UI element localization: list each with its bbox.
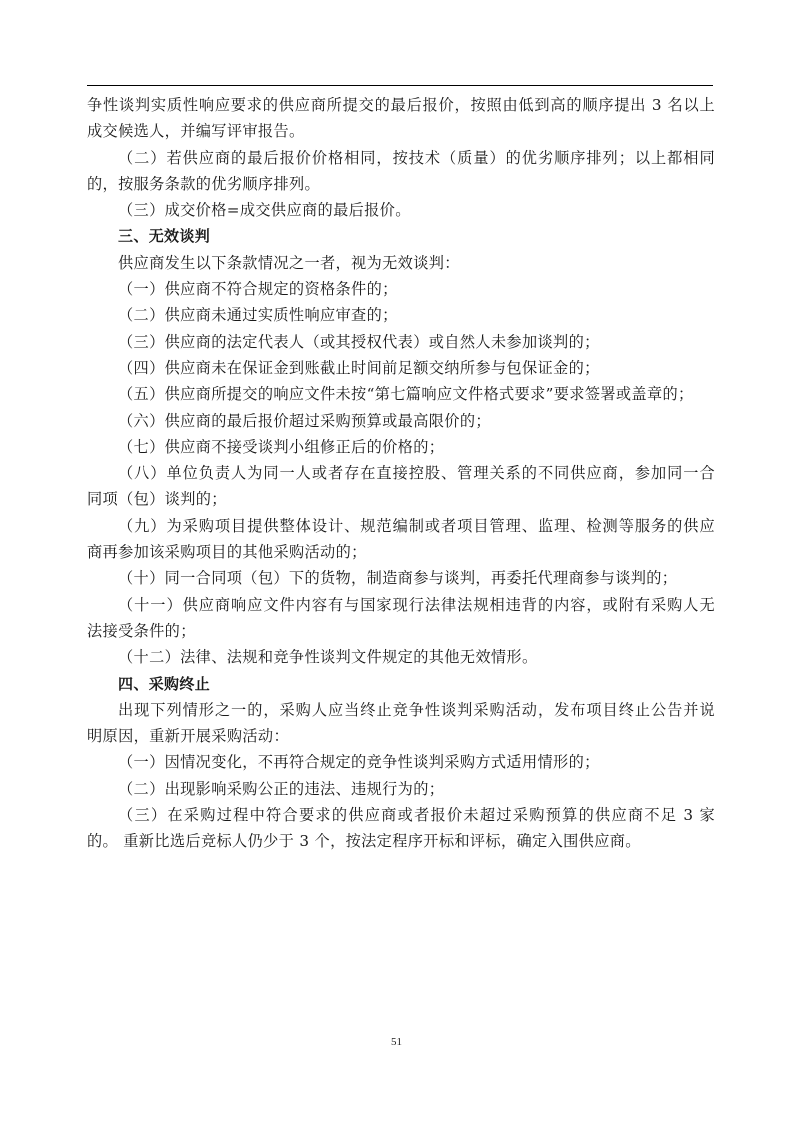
section-heading-procurement-termination: 四、采购终止: [87, 671, 715, 697]
body-line: 争性谈判实质性响应要求的供应商所提交的最后报价，按照由低到高的顺序提出 3 名以…: [87, 92, 715, 118]
list-item: （二）供应商未通过实质性响应审查的；: [87, 302, 715, 328]
list-item: （七）供应商不接受谈判小组修正后的价格的；: [87, 434, 715, 460]
paragraph-intro: 供应商发生以下条款情况之一者，视为无效谈判：: [87, 250, 715, 276]
document-body: 争性谈判实质性响应要求的供应商所提交的最后报价，按照由低到高的顺序提出 3 名以…: [87, 92, 715, 855]
page-number: 51: [0, 1036, 793, 1048]
list-item: （九）为采购项目提供整体设计、规范编制或者项目管理、监理、检测等服务的供应: [87, 513, 715, 539]
paragraph-item: （二）若供应商的最后报价价格相同，按技术（质量）的优劣顺序排列；以上都相同: [87, 145, 715, 171]
list-item: （二）出现影响采购公正的违法、违规行为的；: [87, 776, 715, 802]
list-item: （三）在采购过程中符合要求的供应商或者报价未超过采购预算的供应商不足 3 家: [87, 802, 715, 828]
list-item: （十一）供应商响应文件内容有与国家现行法律法规相违背的内容，或附有采购人无: [87, 592, 715, 618]
list-item-continuation: 商再参加该采购项目的其他采购活动的；: [87, 539, 715, 565]
list-item-continuation: 法接受条件的；: [87, 618, 715, 644]
paragraph-item: （三）成交价格=成交供应商的最后报价。: [87, 197, 715, 223]
list-item: （八）单位负责人为同一人或者存在直接控股、管理关系的不同供应商，参加同一合: [87, 460, 715, 486]
list-item: （六）供应商的最后报价超过采购预算或最高限价的；: [87, 408, 715, 434]
list-item: （十）同一合同项（包）下的货物，制造商参与谈判，再委托代理商参与谈判的；: [87, 565, 715, 591]
list-item: （十二）法律、法规和竞争性谈判文件规定的其他无效情形。: [87, 644, 715, 670]
body-line: 的，按服务条款的优劣顺序排列。: [87, 171, 715, 197]
section-heading-invalid-negotiation: 三、无效谈判: [87, 223, 715, 249]
list-item-continuation: 同项（包）谈判的；: [87, 486, 715, 512]
body-line: 成交候选人，并编写评审报告。: [87, 118, 715, 144]
list-item: （五）供应商所提交的响应文件未按“第七篇响应文件格式要求”要求签署或盖章的；: [87, 381, 715, 407]
list-item-continuation: 的。 重新比选后竞标人仍少于 3 个，按法定程序开标和评标，确定入围供应商。: [87, 828, 715, 854]
header-rule: [87, 85, 713, 86]
list-item: （一）因情况变化，不再符合规定的竞争性谈判采购方式适用情形的；: [87, 749, 715, 775]
paragraph-continuation: 明原因，重新开展采购活动：: [87, 723, 715, 749]
list-item: （四）供应商未在保证金到账截止时间前足额交纳所参与包保证金的；: [87, 355, 715, 381]
list-item: （三）供应商的法定代表人（或其授权代表）或自然人未参加谈判的；: [87, 329, 715, 355]
paragraph-intro: 出现下列情形之一的，采购人应当终止竞争性谈判采购活动，发布项目终止公告并说: [87, 697, 715, 723]
list-item: （一）供应商不符合规定的资格条件的；: [87, 276, 715, 302]
